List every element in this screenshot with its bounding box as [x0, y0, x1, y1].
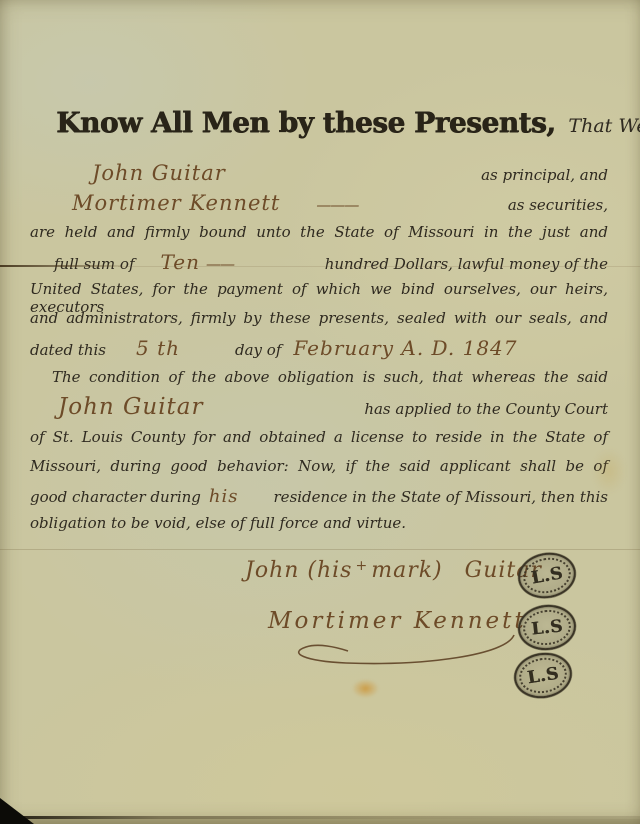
sum-suffix: hundred Dollars, lawful money of the: [325, 255, 608, 273]
sum-prefix: full sum of: [54, 255, 135, 273]
principal-line: John Guitar as principal, and: [30, 161, 608, 185]
condition-line-opening: The condition of the above obligation is…: [30, 368, 608, 386]
security-line: Mortimer Kennett ——— as securities,: [30, 191, 608, 215]
character-line: good character during his residence in t…: [30, 486, 608, 507]
signature-john-prefix: John (his: [245, 558, 352, 583]
dated-day-handwritten: 5 th: [136, 336, 180, 360]
condition-line-void: obligation to be void, else of full forc…: [30, 514, 608, 532]
sum-dash-stroke: ——: [206, 255, 234, 273]
fold-crease-lower: [0, 549, 640, 550]
signature-john-guitar: John (his+mark) Guitar: [245, 558, 542, 583]
applicant-line: John Guitar has applied to the County Co…: [30, 394, 608, 420]
security-label: as securities,: [508, 196, 608, 214]
dated-value-handwritten: February A. D. 1847: [293, 336, 517, 360]
document-heading: Know All Men by these Presents, That We,: [56, 106, 610, 139]
security-name-handwritten: Mortimer Kennett: [72, 191, 280, 215]
seal-ls-1-label: L.S: [530, 563, 565, 588]
seal-ls-2-label: L.S: [530, 616, 564, 639]
foxing-stain: [592, 448, 626, 494]
obligation-line-administrators: and administrators, firmly by these pres…: [30, 309, 608, 327]
principal-name-handwritten: John Guitar: [92, 161, 226, 185]
sum-amount-handwritten: Ten: [161, 250, 201, 274]
dated-infix: day of: [235, 341, 281, 359]
condition-line-behavior: Missouri, during good behavior: Now, if …: [30, 457, 608, 475]
heading-that-we: That We,: [568, 115, 640, 137]
security-dash-stroke: ———: [316, 196, 358, 214]
scanned-bond-document: Know All Men by these Presents, That We,…: [0, 0, 640, 824]
signature-john-infix: mark): [371, 558, 442, 583]
dated-prefix: dated this: [30, 341, 106, 359]
ink-stain: [352, 679, 379, 698]
paper-bottom-strip: [0, 819, 640, 824]
sum-line: full sum of Ten —— hundred Dollars, lawf…: [30, 250, 608, 274]
signature-flourish: [276, 633, 526, 669]
principal-label: as principal, and: [481, 166, 608, 184]
signature-mortimer-kennett: Mortimer Kennett: [268, 608, 527, 634]
condition-line-license: of St. Louis County for and obtained a l…: [30, 428, 608, 446]
applicant-name-handwritten: John Guitar: [58, 394, 204, 420]
applied-label: has applied to the County Court: [364, 400, 608, 418]
fold-crease-upper: [118, 266, 640, 267]
heading-blackletter-text: Know All Men by these Presents,: [56, 106, 555, 139]
character-pronoun-handwritten: his: [209, 486, 239, 507]
his-mark-cross: +: [355, 558, 368, 574]
seal-ls-3-label: L.S: [526, 663, 560, 688]
seal-ls-1: L.S: [515, 548, 580, 602]
character-prefix: good character during: [30, 488, 201, 506]
character-suffix: residence in the State of Missouri, then…: [274, 488, 608, 506]
fold-crease-dark-segment: [0, 265, 122, 267]
obligation-line-bound: are held and firmly bound unto the State…: [30, 223, 608, 241]
dated-line: dated this 5 th day of February A. D. 18…: [30, 336, 608, 360]
